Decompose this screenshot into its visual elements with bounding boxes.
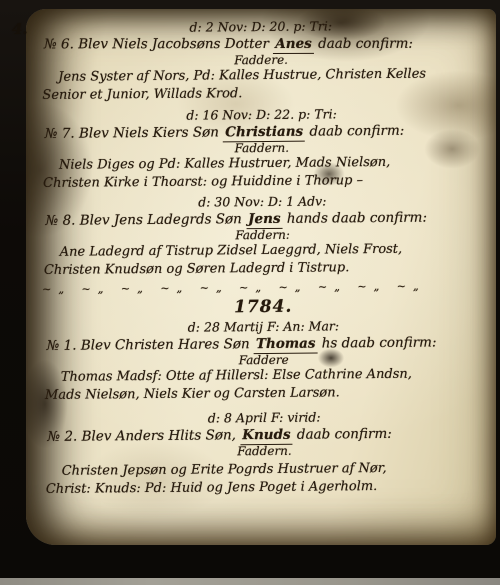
headline-pre: № 6. Blev Niels Jacobsøns Dotter xyxy=(44,36,273,52)
manuscript-photo: { "page": { "number": "4.", "year_headin… xyxy=(0,0,500,585)
godparents-line: Mads Nielsøn, Niels Kier og Carsten Lars… xyxy=(45,383,489,404)
baptism-record: d: 28 Martij F: An: Mar: № 1. Blev Chris… xyxy=(38,317,489,404)
year-heading: 1784. xyxy=(38,294,488,320)
godparents-line: Jens Syster af Nors, Pd: Kalles Hustrue,… xyxy=(58,65,486,87)
baptism-record: d: 16 Nov: D: 22. p: Tri: № 7. Blev Niel… xyxy=(36,105,487,192)
photo-bottom-strip xyxy=(0,578,500,585)
handwritten-text-block: d: 2 Nov: D: 20. p: Tri: № 6. Blev Niels… xyxy=(36,17,491,543)
godparents-line: Christen Knudsøn og Søren Ladegrd i Tist… xyxy=(44,258,488,279)
godparents-line: Senior et Junior, Willads Krod. xyxy=(42,83,486,104)
godparents-line: Christ: Knuds: Pd: Huid og Jens Poget i … xyxy=(46,477,490,498)
child-name-underlined: Christians xyxy=(223,124,305,143)
child-name-underlined: Knuds xyxy=(240,427,293,445)
headline-post: hs daab confirm: xyxy=(317,334,436,351)
headline-post: daab confirm: xyxy=(305,123,404,140)
godparents-line: Christen Kirke i Thoarst: og Huiddine i … xyxy=(43,171,487,192)
headline-post: hands daab confirm: xyxy=(282,210,427,227)
child-name-underlined: Thomas xyxy=(254,336,318,355)
manuscript-page: d: 2 Nov: D: 20. p: Tri: № 6. Blev Niels… xyxy=(26,9,496,545)
headline-pre: № 2. Blev Anders Hlits Søn, xyxy=(47,427,240,445)
page-number: 4. xyxy=(12,20,28,38)
headline-pre: № 7. Blev Niels Kiers Søn xyxy=(45,124,224,142)
squiggle-separator: ~„ ~„ ~„ ~„ ~„ ~„ ~„ ~„ ~„ ~„ xyxy=(42,279,488,296)
baptism-record: d: 8 April F: virid: № 2. Blev Anders Hl… xyxy=(39,408,490,498)
child-name-underlined: Anes xyxy=(273,36,314,54)
record-headline: № 6. Blev Niels Jacobsøns Dotter Anes da… xyxy=(44,35,486,55)
headline-pre: № 8. Blev Jens Ladegrds Søn xyxy=(45,211,246,229)
child-name-underlined: Jens xyxy=(246,211,283,229)
headline-pre: № 1. Blev Christen Hares Søn xyxy=(46,336,253,354)
headline-post: daab confirm: xyxy=(314,36,413,52)
baptism-record: d: 2 Nov: D: 20. p: Tri: № 6. Blev Niels… xyxy=(36,17,487,104)
baptism-record: d: 30 Nov: D: 1 Adv: № 8. Blev Jens Lade… xyxy=(37,192,488,279)
headline-post: daab confirm: xyxy=(293,426,392,443)
